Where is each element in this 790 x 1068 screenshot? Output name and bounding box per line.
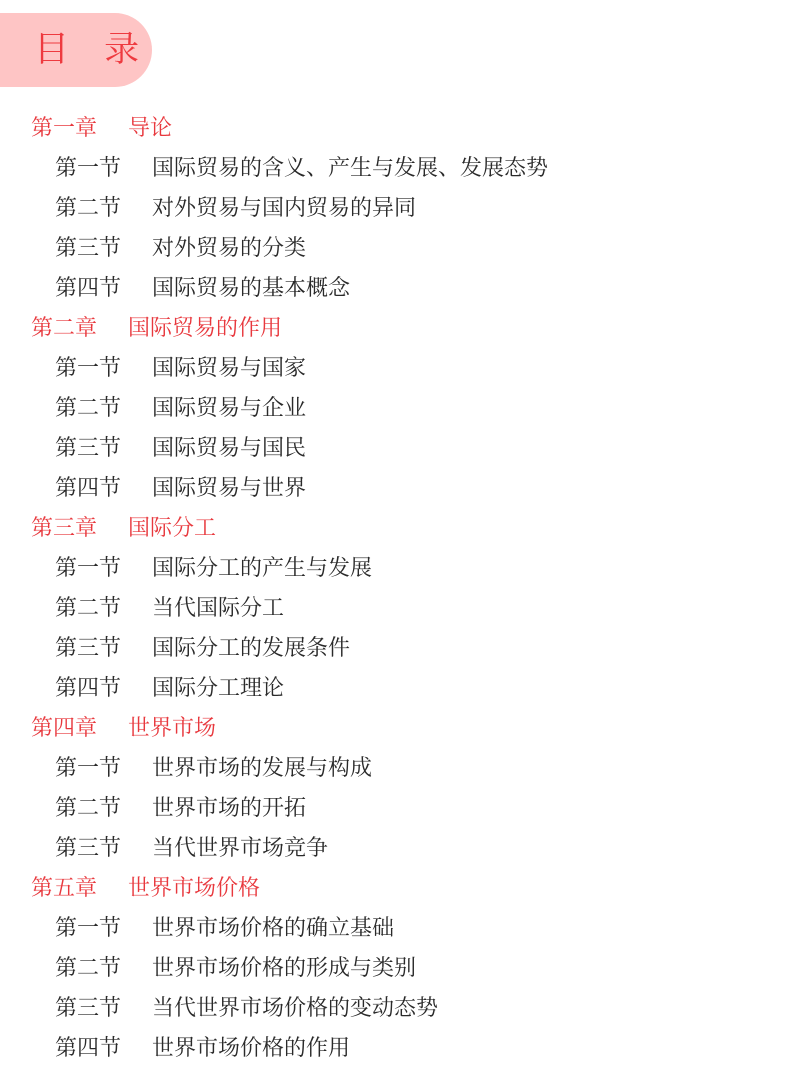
- chapter-5-section-1[interactable]: 第一节世界市场价格的确立基础: [0, 909, 790, 949]
- chapter-3-section-1[interactable]: 第一节国际分工的产生与发展: [0, 549, 790, 589]
- section-title: 世界市场的开拓: [152, 796, 306, 821]
- chapter-1-section-3[interactable]: 第三节对外贸易的分类: [0, 229, 790, 269]
- section-title: 对外贸易的分类: [152, 236, 306, 261]
- section-title: 国际贸易的基本概念: [152, 276, 350, 301]
- chapter-3-section-2[interactable]: 第二节当代国际分工: [0, 589, 790, 629]
- section-number: 第四节: [55, 269, 152, 309]
- chapter-5-section-4[interactable]: 第四节世界市场价格的作用: [0, 1029, 790, 1068]
- section-number: 第三节: [55, 629, 152, 669]
- chapter-title: 国际贸易的作用: [128, 316, 282, 341]
- chapter-5[interactable]: 第五章世界市场价格: [0, 869, 790, 909]
- section-title: 国际贸易与国民: [152, 436, 306, 461]
- section-title: 对外贸易与国内贸易的异同: [152, 196, 416, 221]
- chapter-number: 第五章: [31, 869, 128, 909]
- chapter-3[interactable]: 第三章国际分工: [0, 509, 790, 549]
- section-number: 第二节: [55, 789, 152, 829]
- section-number: 第一节: [55, 749, 152, 789]
- chapter-5-section-2[interactable]: 第二节世界市场价格的形成与类别: [0, 949, 790, 989]
- section-number: 第二节: [55, 189, 152, 229]
- section-number: 第二节: [55, 589, 152, 629]
- section-title: 世界市场价格的形成与类别: [152, 956, 416, 981]
- section-number: 第四节: [55, 669, 152, 709]
- section-number: 第二节: [55, 389, 152, 429]
- section-title: 世界市场的发展与构成: [152, 756, 372, 781]
- chapter-number: 第一章: [31, 109, 128, 149]
- section-title: 国际分工的产生与发展: [152, 556, 372, 581]
- section-number: 第三节: [55, 989, 152, 1029]
- table-of-contents: 第一章导论 第一节国际贸易的含义、产生与发展、发展态势 第二节对外贸易与国内贸易…: [0, 109, 790, 1068]
- section-number: 第二节: [55, 949, 152, 989]
- chapter-1-section-4[interactable]: 第四节国际贸易的基本概念: [0, 269, 790, 309]
- section-title: 国际分工理论: [152, 676, 284, 701]
- section-title: 世界市场价格的作用: [152, 1036, 350, 1061]
- toc-title: 目 录: [34, 33, 151, 68]
- section-number: 第一节: [55, 909, 152, 949]
- section-number: 第三节: [55, 229, 152, 269]
- chapter-2-section-4[interactable]: 第四节国际贸易与世界: [0, 469, 790, 509]
- section-number: 第三节: [55, 829, 152, 869]
- chapter-4-section-1[interactable]: 第一节世界市场的发展与构成: [0, 749, 790, 789]
- section-title: 世界市场价格的确立基础: [152, 916, 394, 941]
- section-title: 当代国际分工: [152, 596, 284, 621]
- chapter-number: 第三章: [31, 509, 128, 549]
- chapter-2-section-2[interactable]: 第二节国际贸易与企业: [0, 389, 790, 429]
- chapter-5-section-3[interactable]: 第三节当代世界市场价格的变动态势: [0, 989, 790, 1029]
- chapter-3-section-3[interactable]: 第三节国际分工的发展条件: [0, 629, 790, 669]
- chapter-title: 导论: [128, 116, 172, 141]
- section-title: 国际贸易的含义、产生与发展、发展态势: [152, 156, 548, 181]
- chapter-title: 国际分工: [128, 516, 216, 541]
- section-number: 第一节: [55, 149, 152, 189]
- section-title: 国际分工的发展条件: [152, 636, 350, 661]
- section-title: 国际贸易与世界: [152, 476, 306, 501]
- section-title: 当代世界市场竞争: [152, 836, 328, 861]
- chapter-4[interactable]: 第四章世界市场: [0, 709, 790, 749]
- chapter-4-section-2[interactable]: 第二节世界市场的开拓: [0, 789, 790, 829]
- chapter-2-section-3[interactable]: 第三节国际贸易与国民: [0, 429, 790, 469]
- chapter-title: 世界市场: [128, 716, 216, 741]
- chapter-number: 第四章: [31, 709, 128, 749]
- section-number: 第四节: [55, 1029, 152, 1068]
- chapter-number: 第二章: [31, 309, 128, 349]
- section-title: 国际贸易与企业: [152, 396, 306, 421]
- section-title: 当代世界市场价格的变动态势: [152, 996, 438, 1021]
- chapter-2-section-1[interactable]: 第一节国际贸易与国家: [0, 349, 790, 389]
- section-number: 第一节: [55, 549, 152, 589]
- toc-header-banner: 目 录: [0, 13, 152, 87]
- section-number: 第一节: [55, 349, 152, 389]
- chapter-title: 世界市场价格: [128, 876, 260, 901]
- chapter-2[interactable]: 第二章国际贸易的作用: [0, 309, 790, 349]
- chapter-1-section-1[interactable]: 第一节国际贸易的含义、产生与发展、发展态势: [0, 149, 790, 189]
- section-number: 第四节: [55, 469, 152, 509]
- chapter-4-section-3[interactable]: 第三节当代世界市场竞争: [0, 829, 790, 869]
- chapter-1[interactable]: 第一章导论: [0, 109, 790, 149]
- section-number: 第三节: [55, 429, 152, 469]
- chapter-3-section-4[interactable]: 第四节国际分工理论: [0, 669, 790, 709]
- section-title: 国际贸易与国家: [152, 356, 306, 381]
- chapter-1-section-2[interactable]: 第二节对外贸易与国内贸易的异同: [0, 189, 790, 229]
